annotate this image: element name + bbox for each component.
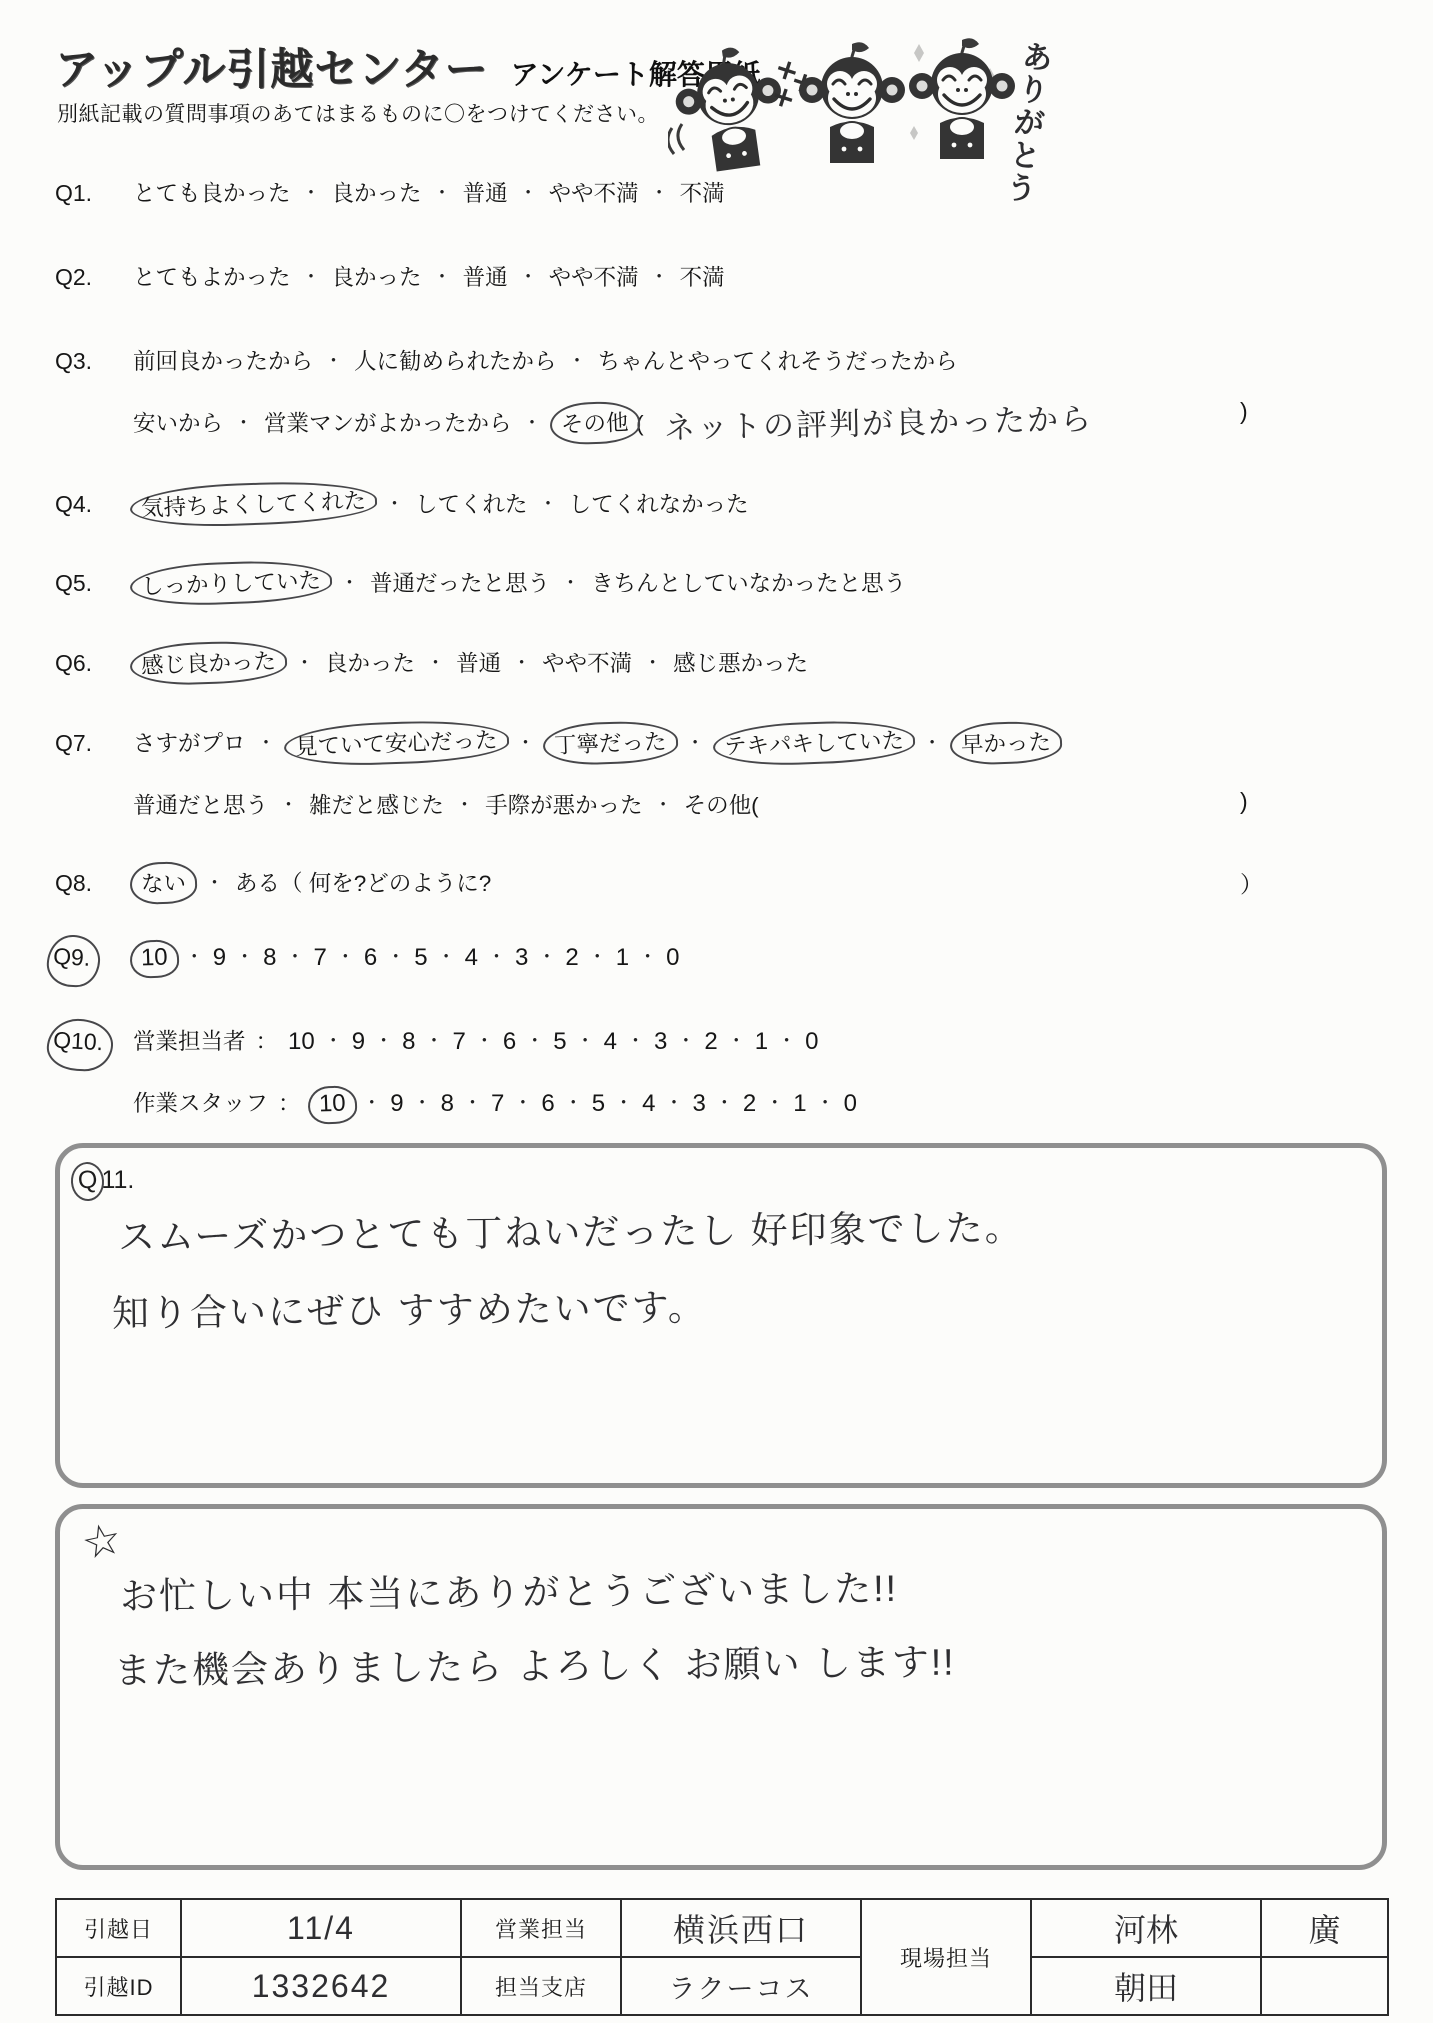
score: 0 <box>805 1028 818 1056</box>
colon: ： <box>278 1091 301 1116</box>
site-crew-label: 現場担当 <box>861 1899 1031 2015</box>
option: とてもよかった <box>133 265 291 290</box>
site-crew-name: 朝田 <box>1031 1957 1261 2015</box>
option: きちんとしていなかったと思う <box>591 571 906 596</box>
option-separator: ・ <box>324 346 343 373</box>
score: 1 <box>616 944 629 972</box>
site-crew-name: 廣 <box>1261 1899 1388 1957</box>
score: 6 <box>364 944 377 972</box>
move-date-value: 11/4 <box>181 1899 461 1957</box>
option: さすがプロ <box>133 731 246 756</box>
circled-option: しっかりしていた <box>129 558 332 607</box>
score: 5 <box>553 1028 566 1056</box>
option: 良かった <box>325 651 415 676</box>
option-separator: ・ <box>676 1026 695 1053</box>
option-separator: ・ <box>537 942 556 969</box>
score: 7 <box>313 944 326 972</box>
question-number: Q4. <box>55 491 133 518</box>
handwritten-comment-line: また機会ありましたら よろしく お願い します!! <box>114 1632 956 1695</box>
question-row-q9: Q9.10・9・8・7・6・5・4・3・2・1・0 <box>55 942 1400 974</box>
score: 10 <box>288 1028 315 1056</box>
question-number: Q3. <box>55 348 133 375</box>
question-row-q1: Q1.とても良かった・良かった・普通・やや不満・不満 <box>55 176 1400 208</box>
score: 6 <box>503 1028 516 1056</box>
score: 8 <box>402 1028 415 1056</box>
table-row: 引越ID 1332642 担当支店 ラクーコス 朝田 <box>56 1957 1388 2015</box>
option: してくれなかった <box>569 492 749 517</box>
header: アップル引越センター アンケート解答用紙 <box>55 36 761 97</box>
option-separator: ・ <box>686 728 705 755</box>
score: 9 <box>390 1090 403 1118</box>
comment-label-rest: 11. <box>101 1166 134 1194</box>
option: とても良かった <box>133 181 291 206</box>
option-separator: ・ <box>385 489 404 516</box>
score: 7 <box>453 1028 466 1056</box>
question-number: Q6. <box>55 650 133 677</box>
question-number: Q9. <box>55 944 133 973</box>
score: 5 <box>414 944 427 972</box>
option-separator: ・ <box>513 1088 532 1115</box>
score: 7 <box>491 1090 504 1118</box>
circled-question-number: Q9. <box>46 934 102 989</box>
option: 前回良かったから <box>133 349 313 374</box>
question-row-q3-line1: Q3.前回良かったから・人に勧められたから・ちゃんとやってくれそうだったから <box>55 344 1400 376</box>
option-separator: ・ <box>638 942 657 969</box>
option: 良かった <box>332 265 422 290</box>
circled-option: 感じ良かった <box>129 639 287 686</box>
sales-rep-value: 横浜西口 <box>621 1899 861 1957</box>
option: 普通 <box>463 181 508 206</box>
option-separator: ・ <box>279 790 298 817</box>
question-row-q8: Q8.ない・ある（ 何を?どのように?） <box>55 866 1400 900</box>
option: 普通 <box>456 651 501 676</box>
option: ちゃんとやってくれそうだったから <box>598 349 958 374</box>
score: 2 <box>704 1028 717 1056</box>
option: 営業マンがよかったから <box>264 411 512 436</box>
option-separator: ・ <box>185 942 204 969</box>
move-id-value: 1332642 <box>181 1957 461 2015</box>
survey-sheet: アップル引越センター アンケート解答用紙 別紙記載の質問事項のあてはまるものに〇… <box>0 0 1433 2023</box>
circled-option: その他 <box>549 400 640 445</box>
score: 9 <box>352 1028 365 1056</box>
option: やや不満 <box>549 181 639 206</box>
option: やや不満 <box>542 651 632 676</box>
score: 2 <box>565 944 578 972</box>
option-separator: ・ <box>654 790 673 817</box>
paren-close: ） <box>1240 866 1263 899</box>
option-separator: ・ <box>643 648 662 675</box>
circled-option: 気持ちよくしてくれた <box>129 479 377 530</box>
option: 普通だったと思う <box>370 571 550 596</box>
option-separator: ・ <box>455 790 474 817</box>
option-separator: ・ <box>302 262 321 289</box>
option: その他 <box>684 793 752 818</box>
option-separator: ・ <box>295 648 314 675</box>
option-separator: ・ <box>362 1088 381 1115</box>
option: 不満 <box>680 265 725 290</box>
option-separator: ・ <box>519 262 538 289</box>
footer-info-table: 引越日 11/4 営業担当 横浜西口 現場担当 河林 廣 引越ID 133264… <box>55 1898 1389 2016</box>
option: 手際が悪かった <box>485 793 643 818</box>
circled-option: 見ていて安心だった <box>283 718 509 768</box>
score: 5 <box>592 1090 605 1118</box>
question-number: Q5. <box>55 570 133 597</box>
question-row-q6: Q6.感じ良かった・良かった・普通・やや不満・感じ悪かった <box>55 646 1400 680</box>
option-separator: ・ <box>324 1026 343 1053</box>
score: 8 <box>441 1090 454 1118</box>
option-separator: ・ <box>650 262 669 289</box>
option-separator: ・ <box>519 178 538 205</box>
option-separator: ・ <box>205 868 224 895</box>
score: 2 <box>743 1090 756 1118</box>
option-separator: ・ <box>561 568 580 595</box>
option-separator: ・ <box>525 1026 544 1053</box>
question-row-q10-line1: Q10.営業担当者：10・9・8・7・6・5・4・3・2・1・0 <box>55 1024 1400 1057</box>
branch-label: 担当支店 <box>461 1957 621 2015</box>
option: 不満 <box>680 181 725 206</box>
handwritten-comment-line: 知り合いにぜひ すすめたいです。 <box>112 1277 707 1337</box>
paren-close: ) <box>1240 788 1248 815</box>
score: 3 <box>515 944 528 972</box>
option-separator: ・ <box>234 408 253 435</box>
option-separator: ・ <box>539 489 558 516</box>
score: 0 <box>844 1090 857 1118</box>
table-row: 引越日 11/4 営業担当 横浜西口 現場担当 河林 廣 <box>56 1899 1388 1957</box>
monkey-mascots-illustration <box>668 30 1018 182</box>
branch-value: ラクーコス <box>621 1957 861 2015</box>
question-number: Q2. <box>55 264 133 291</box>
option: 普通 <box>463 265 508 290</box>
monkey-icon <box>799 42 905 163</box>
move-date-label: 引越日 <box>56 1899 181 1957</box>
row-label: 営業担当者 <box>133 1029 246 1054</box>
option-separator: ・ <box>512 648 531 675</box>
question-number: Q8. <box>55 870 133 897</box>
option-separator: ・ <box>285 942 304 969</box>
option: 安いから <box>133 411 223 436</box>
option-separator: ・ <box>437 942 456 969</box>
option-separator: ・ <box>564 1088 583 1115</box>
paren-open: ( <box>751 793 759 818</box>
option: してくれた <box>415 492 528 517</box>
question-row-q7-line2: 普通だと思う・雑だと感じた・手際が悪かった・その他() <box>55 788 1400 820</box>
empty-cell <box>1261 1957 1388 2015</box>
question-row-q3-line2: 安いから・営業マンがよかったから・その他(ネットの評判が良かったから) <box>55 398 1400 443</box>
question-number: Q7. <box>55 730 133 757</box>
option-separator: ・ <box>923 728 942 755</box>
score: 1 <box>793 1090 806 1118</box>
option-separator: ・ <box>340 568 359 595</box>
handwritten-answer: ネットの評判が良かったから <box>663 394 1093 448</box>
option: やや不満 <box>549 265 639 290</box>
option: 人に勧められたから <box>354 349 557 374</box>
option-separator: ・ <box>413 1088 432 1115</box>
circled-option: 丁寧だった <box>542 720 678 767</box>
question-number: Q1. <box>55 180 133 207</box>
option-separator: ・ <box>765 1088 784 1115</box>
circled-score: 10 <box>129 939 179 979</box>
instruction-text: 別紙記載の質問事項のあてはまるものに〇をつけてください。 <box>57 98 659 128</box>
option-separator: ・ <box>257 728 276 755</box>
score: 4 <box>604 1028 617 1056</box>
score: 3 <box>693 1090 706 1118</box>
monkey-icon <box>669 41 791 175</box>
circled-option: 早かった <box>949 720 1062 766</box>
motion-lines-icon <box>668 128 674 154</box>
colon: ： <box>256 1029 279 1054</box>
option-separator: ・ <box>302 178 321 205</box>
option-separator: ・ <box>374 1026 393 1053</box>
question-number: Q10. <box>55 1028 133 1057</box>
monkey-icon <box>909 38 1015 159</box>
option-separator: ・ <box>424 1026 443 1053</box>
brand-logo-text: アップル引越センター <box>55 36 489 97</box>
sales-rep-label: 営業担当 <box>461 1899 621 1957</box>
handwritten-comment-line: スムーズかつとても丁ねいだったし 好印象でした。 <box>118 1197 1024 1260</box>
option-separator: ・ <box>715 1088 734 1115</box>
score: 1 <box>755 1028 768 1056</box>
question-row-q10-line2: 作業スタッフ：10・9・8・7・6・5・4・3・2・1・0 <box>55 1086 1400 1120</box>
option-separator: ・ <box>475 1026 494 1053</box>
option-separator: ・ <box>664 1088 683 1115</box>
score: 3 <box>654 1028 667 1056</box>
option-separator: ・ <box>463 1088 482 1115</box>
option-separator: ・ <box>523 408 542 435</box>
circled-option: ない <box>129 861 197 905</box>
option-separator: ・ <box>727 1026 746 1053</box>
option-separator: ・ <box>650 178 669 205</box>
circled-score: 10 <box>307 1085 357 1125</box>
score: 9 <box>213 944 226 972</box>
option-separator: ・ <box>235 942 254 969</box>
option-separator: ・ <box>816 1088 835 1115</box>
score: 6 <box>541 1090 554 1118</box>
option-separator: ・ <box>568 346 587 373</box>
question-row-q5: Q5.しっかりしていた・普通だったと思う・きちんとしていなかったと思う <box>55 566 1400 600</box>
circled-option: テキパキしていた <box>712 718 915 767</box>
paren-close: ) <box>1240 398 1248 425</box>
option: 感じ悪かった <box>673 651 808 676</box>
circled-question-number: Q10. <box>46 1017 115 1072</box>
score: 0 <box>666 944 679 972</box>
row-label: 作業スタッフ <box>133 1091 268 1116</box>
score: 4 <box>465 944 478 972</box>
option-separator: ・ <box>777 1026 796 1053</box>
option-separator: ・ <box>576 1026 595 1053</box>
option: ある（ 何を?どのように? <box>235 871 491 896</box>
score: 8 <box>263 944 276 972</box>
option: 雑だと感じた <box>309 793 444 818</box>
option: 普通だと思う <box>133 793 268 818</box>
option-separator: ・ <box>433 262 452 289</box>
site-crew-name: 河林 <box>1031 1899 1261 1957</box>
question-row-q4: Q4.気持ちよくしてくれた・してくれた・してくれなかった <box>55 487 1400 521</box>
option-separator: ・ <box>588 942 607 969</box>
option-separator: ・ <box>614 1088 633 1115</box>
option-separator: ・ <box>626 1026 645 1053</box>
option-separator: ・ <box>336 942 355 969</box>
move-id-label: 引越ID <box>56 1957 181 2015</box>
question-row-q2: Q2.とてもよかった・良かった・普通・やや不満・不満 <box>55 260 1400 292</box>
handwritten-comment-line: お忙しい中 本当にありがとうございました!! <box>120 1558 898 1620</box>
option-separator: ・ <box>516 728 535 755</box>
score: 4 <box>642 1090 655 1118</box>
comment-box-label: Q11. <box>74 1165 134 1198</box>
option: 良かった <box>332 181 422 206</box>
option-separator: ・ <box>487 942 506 969</box>
option-separator: ・ <box>426 648 445 675</box>
option-separator: ・ <box>386 942 405 969</box>
question-row-q7-line1: Q7.さすがプロ・見ていて安心だった・丁寧だった・テキパキしていた・早かった <box>55 726 1400 760</box>
option-separator: ・ <box>433 178 452 205</box>
